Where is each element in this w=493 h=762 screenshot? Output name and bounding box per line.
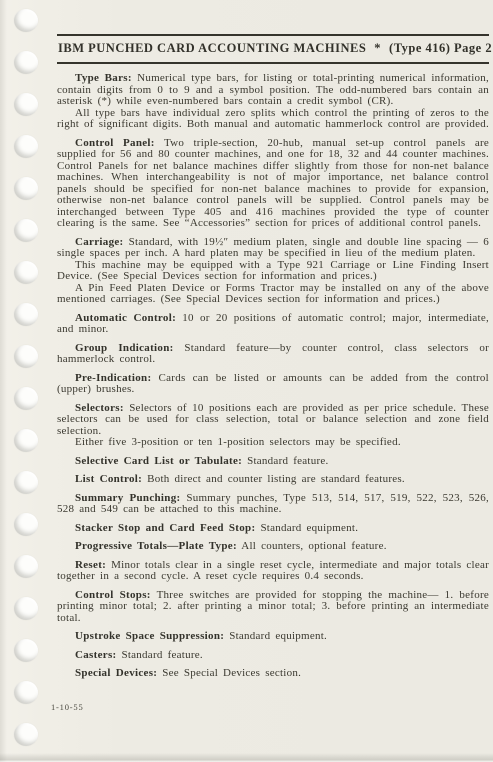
scanned-manual-page: IBM PUNCHED CARD ACCOUNTING MACHINES * (… — [0, 0, 493, 762]
p-selective-card-list: Selective Card List or Tabulate: Standar… — [57, 456, 489, 468]
paragraph-text: All counters, optional feature. — [237, 540, 387, 552]
binding-hole — [14, 681, 38, 704]
paragraph-text: Standard equipment. — [255, 522, 358, 534]
paragraph-text: Either five 3-position or ten 1-position… — [75, 436, 401, 448]
p-automatic-control: Automatic Control: 10 or 20 positions of… — [57, 313, 489, 336]
paragraph-text: A Pin Feed Platen Device or Forms Tracto… — [57, 282, 489, 306]
p-selectors-cont: Either five 3-position or ten 1-position… — [57, 437, 489, 449]
p-group-indication: Group Indication: Standard feature—by co… — [57, 343, 489, 366]
paragraph-text: Minor totals clear in a single reset cyc… — [57, 559, 489, 583]
p-carriage: Carriage: Standard, with 19½″ medium pla… — [57, 237, 489, 260]
paragraph-lead: List Control: — [75, 473, 142, 485]
p-list-control: List Control: Both direct and counter li… — [57, 474, 489, 486]
page-number: (Type 416) Page 21 — [389, 41, 493, 56]
paragraph-lead: Progressive Totals—Plate Type: — [75, 540, 237, 552]
paragraph-lead: Control Stops: — [75, 589, 151, 601]
paragraph-text: This machine may be equipped with a Type… — [57, 259, 489, 283]
paragraph-lead: Type Bars: — [75, 72, 132, 84]
p-control-panel: Control Panel: Two triple-section, 20-hu… — [57, 138, 489, 230]
page-content: IBM PUNCHED CARD ACCOUNTING MACHINES * (… — [0, 0, 493, 680]
p-upstroke-space-suppression: Upstroke Space Suppression: Standard equ… — [57, 631, 489, 643]
paragraph-lead: Casters: — [75, 649, 117, 661]
p-progressive-totals: Progressive Totals—Plate Type: All count… — [57, 541, 489, 553]
paragraph-text: Standard equipment. — [224, 630, 327, 642]
paragraph-lead: Reset: — [75, 559, 106, 571]
p-summary-punching: Summary Punching: Summary punches, Type … — [57, 493, 489, 516]
paragraph-lead: Control Panel: — [75, 137, 155, 149]
p-carriage-cont-2: A Pin Feed Platen Device or Forms Tracto… — [57, 283, 489, 306]
paragraph-lead: Group Indication: — [75, 342, 174, 354]
header-line: IBM PUNCHED CARD ACCOUNTING MACHINES * (… — [57, 36, 489, 62]
p-casters: Casters: Standard feature. — [57, 650, 489, 662]
paragraph-text: Both direct and counter listing are stan… — [142, 473, 405, 485]
p-special-devices: Special Devices: See Special Devices sec… — [57, 668, 489, 680]
p-pre-indication: Pre-Indication: Cards can be listed or a… — [57, 373, 489, 396]
paragraph-text: See Special Devices section. — [157, 667, 301, 679]
paragraph-lead: Summary Punching: — [75, 492, 180, 504]
page-header: IBM PUNCHED CARD ACCOUNTING MACHINES * (… — [57, 34, 489, 64]
paragraph-lead: Selective Card List or Tabulate: — [75, 455, 242, 467]
footer-date-code: 1-10-55 — [51, 702, 84, 712]
paragraph-lead: Upstroke Space Suppression: — [75, 630, 224, 642]
page-title: IBM PUNCHED CARD ACCOUNTING MACHINES — [58, 41, 366, 56]
p-carriage-cont-1: This machine may be equipped with a Type… — [57, 260, 489, 283]
body-text: Type Bars: Numerical type bars, for list… — [57, 73, 489, 680]
paragraph-lead: Stacker Stop and Card Feed Stop: — [75, 522, 255, 534]
p-reset: Reset: Minor totals clear in a single re… — [57, 560, 489, 583]
paragraph-text: Standard feature. — [117, 649, 203, 661]
paragraph-lead: Selectors: — [75, 402, 124, 414]
p-type-bars-cont: All type bars have individual zero split… — [57, 108, 489, 131]
paragraph-lead: Carriage: — [75, 236, 124, 248]
paragraph-lead: Automatic Control: — [75, 312, 176, 324]
paragraph-text: Standard feature. — [242, 455, 328, 467]
asterisk-icon: * — [366, 41, 389, 56]
paragraph-lead: Special Devices: — [75, 667, 157, 679]
p-selectors: Selectors: Selectors of 10 positions eac… — [57, 403, 489, 438]
paragraph-text: All type bars have individual zero split… — [57, 107, 489, 131]
paragraph-lead: Pre-Indication: — [75, 372, 151, 384]
p-stacker-stop: Stacker Stop and Card Feed Stop: Standar… — [57, 523, 489, 535]
paragraph-text: Two triple-section, 20-hub, manual set-u… — [57, 137, 489, 230]
header-rule-bottom — [57, 62, 489, 64]
p-control-stops: Control Stops: Three switches are provid… — [57, 590, 489, 625]
p-type-bars: Type Bars: Numerical type bars, for list… — [57, 73, 489, 108]
binding-hole — [14, 723, 38, 746]
